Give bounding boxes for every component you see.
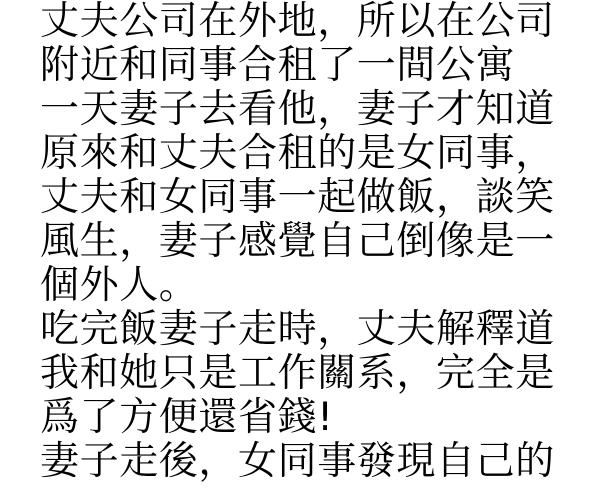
text-line-10: 爲了方便還省錢! [40,396,600,440]
text-line-3: 一天妻子去看他，妻子才知道 [40,88,600,132]
text-line-11: 妻子走後，女同事發現自己的 [40,440,600,484]
text-line-6: 風生，妻子感覺自己倒像是一 [40,220,600,264]
text-line-9: 我和她只是工作關系，完全是 [40,352,600,396]
text-line-5: 丈夫和女同事一起做飯，談笑 [40,176,600,220]
text-line-4: 原來和丈夫合租的是女同事， [40,132,600,176]
text-line-7: 個外人。 [40,264,600,308]
story-text-block: 丈夫公司在外地，所以在公司 附近和同事合租了一間公寓 一天妻子去看他，妻子才知道… [40,0,600,484]
text-line-2: 附近和同事合租了一間公寓 [40,44,600,88]
text-line-1: 丈夫公司在外地，所以在公司 [40,0,600,44]
text-line-8: 吃完飯妻子走時，丈夫解釋道 [40,308,600,352]
